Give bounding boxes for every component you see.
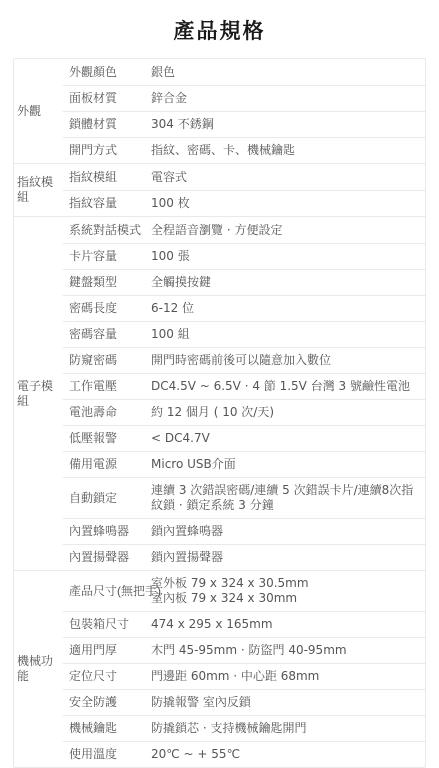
spec-group-rows: 外觀顏色銀色面板材質鋅合金鎖體材質304 不銹鋼開門方式指紋、密碼、卡、機械鑰匙: [63, 59, 425, 163]
spec-value: 指紋、密碼、卡、機械鑰匙: [151, 138, 425, 163]
spec-attr-label: 內置揚聲器: [63, 550, 151, 565]
spec-attr-label: 卡片容量: [63, 249, 151, 264]
spec-attr-label: 面板材質: [63, 91, 151, 106]
spec-row: 卡片容量100 張: [63, 243, 425, 269]
spec-value: 防撬鎖芯 · 支持機械鑰匙開門: [151, 716, 425, 741]
spec-attr-label: 適用門厚: [63, 643, 151, 658]
spec-row: 系統對話模式全程語音瀏覽 · 方便設定: [63, 217, 425, 243]
spec-value: Micro USB介面: [151, 452, 425, 477]
spec-value: 室外板 79 x 324 x 30.5mm室內板 79 x 324 x 30mm: [151, 571, 425, 611]
spec-attr-label: 鎖體材質: [63, 117, 151, 132]
spec-value: 鎖內置蜂鳴器: [151, 519, 425, 544]
spec-value-line: 全程語音瀏覽 · 方便設定: [151, 223, 419, 238]
spec-value: 連續 3 次錯誤密碼/連續 5 次錯誤卡片/連續8次指紋鎖 · 鎖定系統 3 分…: [151, 478, 425, 518]
spec-attr-label: 指紋容量: [63, 196, 151, 211]
spec-value-line: 100 張: [151, 249, 419, 264]
spec-row: 電池壽命約 12 個月 ( 10 次/天): [63, 399, 425, 425]
spec-value-line: 鎖內置蜂鳴器: [151, 524, 419, 539]
spec-row: 安全防護防撬報警 室內反鎖: [63, 689, 425, 715]
spec-value: 防撬報警 室內反鎖: [151, 690, 425, 715]
spec-attr-label: 使用溫度: [63, 747, 151, 762]
spec-attr-label: 自動鎖定: [63, 491, 151, 506]
spec-value: 304 不銹鋼: [151, 112, 425, 137]
spec-value-line: 連續 3 次錯誤密碼/連續 5 次錯誤卡片/連續8次指紋鎖 · 鎖定系統 3 分…: [151, 483, 419, 513]
spec-attr-label: 工作電壓: [63, 379, 151, 394]
spec-value-line: 6-12 位: [151, 301, 419, 316]
spec-value-line: 474 x 295 x 165mm: [151, 617, 419, 632]
spec-row: 定位尺寸門邊距 60mm · 中心距 68mm: [63, 663, 425, 689]
spec-value-line: 木門 45-95mm · 防盜門 40-95mm: [151, 643, 419, 658]
spec-attr-label: 指紋模組: [63, 170, 151, 185]
spec-row: 產品尺寸(無把手)室外板 79 x 324 x 30.5mm室內板 79 x 3…: [63, 571, 425, 611]
spec-row: 使用溫度20℃ ~ + 55℃: [63, 741, 425, 767]
spec-row: 包裝箱尺寸474 x 295 x 165mm: [63, 611, 425, 637]
spec-row: 內置蜂鳴器鎖內置蜂鳴器: [63, 518, 425, 544]
spec-row: 密碼長度6-12 位: [63, 295, 425, 321]
spec-value-line: 鎖內置揚聲器: [151, 550, 419, 565]
spec-value: < DC4.7V: [151, 426, 425, 451]
spec-group-rows: 系統對話模式全程語音瀏覽 · 方便設定卡片容量100 張鍵盤類型全觸摸按鍵密碼長…: [63, 217, 425, 570]
spec-attr-label: 開門方式: [63, 143, 151, 158]
spec-attr-label: 防窺密碼: [63, 353, 151, 368]
spec-group: 電子模組系統對話模式全程語音瀏覽 · 方便設定卡片容量100 張鍵盤類型全觸摸按…: [14, 216, 425, 570]
spec-attr-label: 產品尺寸(無把手): [63, 584, 151, 599]
spec-attr-label: 低壓報警: [63, 431, 151, 446]
product-spec-table: 外觀外觀顏色銀色面板材質鋅合金鎖體材質304 不銹鋼開門方式指紋、密碼、卡、機械…: [13, 58, 426, 768]
spec-attr-label: 備用電源: [63, 457, 151, 472]
spec-value-line: 304 不銹鋼: [151, 117, 419, 132]
spec-value-line: DC4.5V ~ 6.5V · 4 節 1.5V 台灣 3 號鹼性電池: [151, 379, 419, 394]
spec-row: 適用門厚木門 45-95mm · 防盜門 40-95mm: [63, 637, 425, 663]
spec-attr-label: 包裝箱尺寸: [63, 617, 151, 632]
spec-attr-label: 定位尺寸: [63, 669, 151, 684]
spec-value: 鋅合金: [151, 86, 425, 111]
spec-value: 100 張: [151, 244, 425, 269]
spec-row: 面板材質鋅合金: [63, 85, 425, 111]
spec-value-line: 鋅合金: [151, 91, 419, 106]
spec-value: 6-12 位: [151, 296, 425, 321]
spec-value-line: 100 組: [151, 327, 419, 342]
spec-value: 約 12 個月 ( 10 次/天): [151, 400, 425, 425]
spec-value: DC4.5V ~ 6.5V · 4 節 1.5V 台灣 3 號鹼性電池: [151, 374, 425, 399]
spec-value-line: 開門時密碼前後可以隨意加入數位: [151, 353, 419, 368]
spec-group-label: 電子模組: [14, 217, 63, 570]
spec-attr-label: 機械鑰匙: [63, 721, 151, 736]
spec-value: 全程語音瀏覽 · 方便設定: [151, 218, 425, 243]
spec-value-line: 100 枚: [151, 196, 419, 211]
spec-value-line: 約 12 個月 ( 10 次/天): [151, 405, 419, 420]
spec-group-rows: 指紋模組電容式指紋容量100 枚: [63, 164, 425, 216]
spec-value: 20℃ ~ + 55℃: [151, 742, 425, 767]
spec-value-line: 全觸摸按鍵: [151, 275, 419, 290]
spec-group: 指紋模組指紋模組電容式指紋容量100 枚: [14, 163, 425, 216]
spec-value-line: 防撬報警 室內反鎖: [151, 695, 419, 710]
spec-group-label: 外觀: [14, 59, 63, 163]
spec-value: 開門時密碼前後可以隨意加入數位: [151, 348, 425, 373]
spec-row: 開門方式指紋、密碼、卡、機械鑰匙: [63, 137, 425, 163]
spec-row: 指紋容量100 枚: [63, 190, 425, 216]
spec-row: 指紋模組電容式: [63, 164, 425, 190]
spec-group-label: 指紋模組: [14, 164, 63, 216]
spec-group-rows: 產品尺寸(無把手)室外板 79 x 324 x 30.5mm室內板 79 x 3…: [63, 571, 425, 767]
spec-attr-label: 鍵盤類型: [63, 275, 151, 290]
spec-row: 密碼容量100 組: [63, 321, 425, 347]
spec-attr-label: 外觀顏色: [63, 65, 151, 80]
spec-value: 銀色: [151, 60, 425, 85]
spec-attr-label: 安全防護: [63, 695, 151, 710]
spec-row: 機械鑰匙防撬鎖芯 · 支持機械鑰匙開門: [63, 715, 425, 741]
spec-row: 鍵盤類型全觸摸按鍵: [63, 269, 425, 295]
spec-value-line: < DC4.7V: [151, 431, 419, 446]
spec-value: 木門 45-95mm · 防盜門 40-95mm: [151, 638, 425, 663]
spec-value: 474 x 295 x 165mm: [151, 612, 425, 637]
spec-value: 電容式: [151, 165, 425, 190]
spec-value-line: 電容式: [151, 170, 419, 185]
spec-value-line: 防撬鎖芯 · 支持機械鑰匙開門: [151, 721, 419, 736]
spec-row: 自動鎖定連續 3 次錯誤密碼/連續 5 次錯誤卡片/連續8次指紋鎖 · 鎖定系統…: [63, 477, 425, 518]
spec-value-line: 室外板 79 x 324 x 30.5mm: [151, 576, 419, 591]
spec-row: 鎖體材質304 不銹鋼: [63, 111, 425, 137]
spec-value: 100 枚: [151, 191, 425, 216]
spec-value: 100 組: [151, 322, 425, 347]
page-title: 產品規格: [0, 15, 439, 45]
spec-row: 備用電源Micro USB介面: [63, 451, 425, 477]
spec-value-line: 銀色: [151, 65, 419, 80]
spec-value: 鎖內置揚聲器: [151, 545, 425, 570]
spec-row: 工作電壓DC4.5V ~ 6.5V · 4 節 1.5V 台灣 3 號鹼性電池: [63, 373, 425, 399]
spec-value-line: 指紋、密碼、卡、機械鑰匙: [151, 143, 419, 158]
spec-row: 內置揚聲器鎖內置揚聲器: [63, 544, 425, 570]
spec-row: 外觀顏色銀色: [63, 59, 425, 85]
spec-value-line: 20℃ ~ + 55℃: [151, 747, 419, 762]
spec-attr-label: 電池壽命: [63, 405, 151, 420]
spec-row: 防窺密碼開門時密碼前後可以隨意加入數位: [63, 347, 425, 373]
spec-attr-label: 密碼容量: [63, 327, 151, 342]
spec-attr-label: 內置蜂鳴器: [63, 524, 151, 539]
spec-value: 門邊距 60mm · 中心距 68mm: [151, 664, 425, 689]
spec-attr-label: 系統對話模式: [63, 223, 151, 238]
spec-value-line: Micro USB介面: [151, 457, 419, 472]
spec-group-label: 機械功能: [14, 571, 63, 767]
spec-value-line: 門邊距 60mm · 中心距 68mm: [151, 669, 419, 684]
spec-value: 全觸摸按鍵: [151, 270, 425, 295]
spec-value-line: 室內板 79 x 324 x 30mm: [151, 591, 419, 606]
spec-row: 低壓報警< DC4.7V: [63, 425, 425, 451]
spec-group: 機械功能產品尺寸(無把手)室外板 79 x 324 x 30.5mm室內板 79…: [14, 570, 425, 767]
spec-attr-label: 密碼長度: [63, 301, 151, 316]
spec-group: 外觀外觀顏色銀色面板材質鋅合金鎖體材質304 不銹鋼開門方式指紋、密碼、卡、機械…: [14, 59, 425, 163]
